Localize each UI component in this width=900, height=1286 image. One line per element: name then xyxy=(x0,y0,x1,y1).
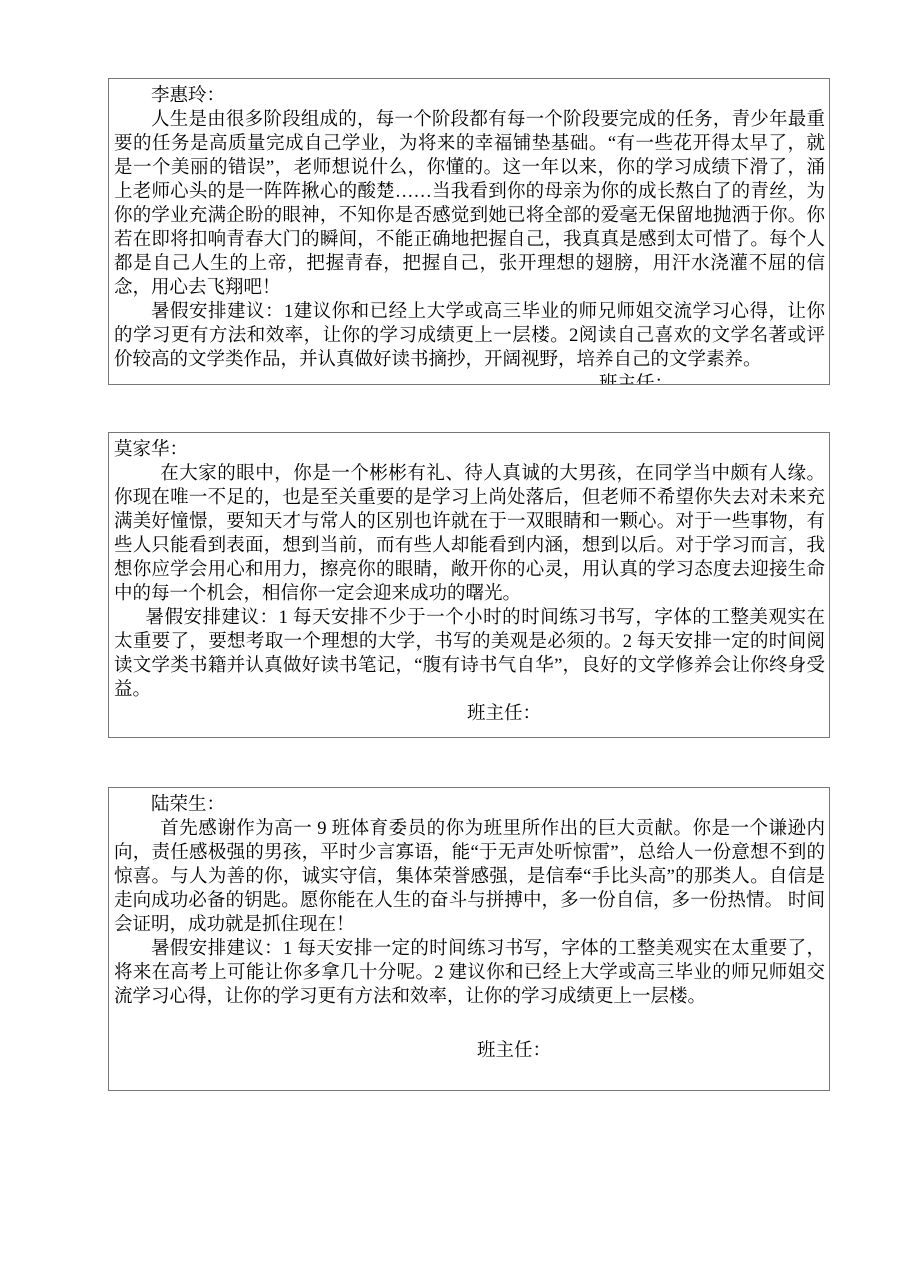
signature-label: 班主任： xyxy=(477,1039,825,1063)
signature-label: 班主任： xyxy=(599,372,825,385)
comment-paragraph: 人生是由很多阶段组成的，每一个阶段都有每一个阶段要完成的任务，青少年最重要的任务… xyxy=(114,108,825,300)
student-name: 莫家华： xyxy=(114,438,825,462)
suggestion-paragraph: 暑假安排建议：1 每天安排不少于一个小时的时间练习书写，字体的工整美观实在太重要… xyxy=(114,606,825,702)
comment-box-mo-jiahua: 莫家华： 在大家的眼中，你是一个彬彬有礼、待人真诚的大男孩，在同学当中颇有人缘。… xyxy=(108,432,830,738)
comment-paragraph: 在大家的眼中，你是一个彬彬有礼、待人真诚的大男孩，在同学当中颇有人缘。你现在唯一… xyxy=(114,462,825,606)
comment-paragraph: 首先感谢作为高一 9 班体育委员的你为班里所作出的巨大贡献。你是一个谦逊内向，责… xyxy=(114,817,825,937)
comment-box-li-huiling: 李惠玲： 人生是由很多阶段组成的，每一个阶段都有每一个阶段要完成的任务，青少年最… xyxy=(108,78,830,385)
signature-label: 班主任： xyxy=(467,702,825,726)
comment-box-lu-rongsheng: 陆荣生： 首先感谢作为高一 9 班体育委员的你为班里所作出的巨大贡献。你是一个谦… xyxy=(108,787,830,1091)
suggestion-paragraph: 暑假安排建议：1 每天安排一定的时间练习书写，字体的工整美观实在太重要了，将来在… xyxy=(114,937,825,1009)
student-name: 李惠玲： xyxy=(114,84,825,108)
suggestion-paragraph: 暑假安排建议：1建议你和已经上大学或高三毕业的师兄师姐交流学习心得，让你的学习更… xyxy=(114,300,825,372)
student-name: 陆荣生： xyxy=(114,793,825,817)
